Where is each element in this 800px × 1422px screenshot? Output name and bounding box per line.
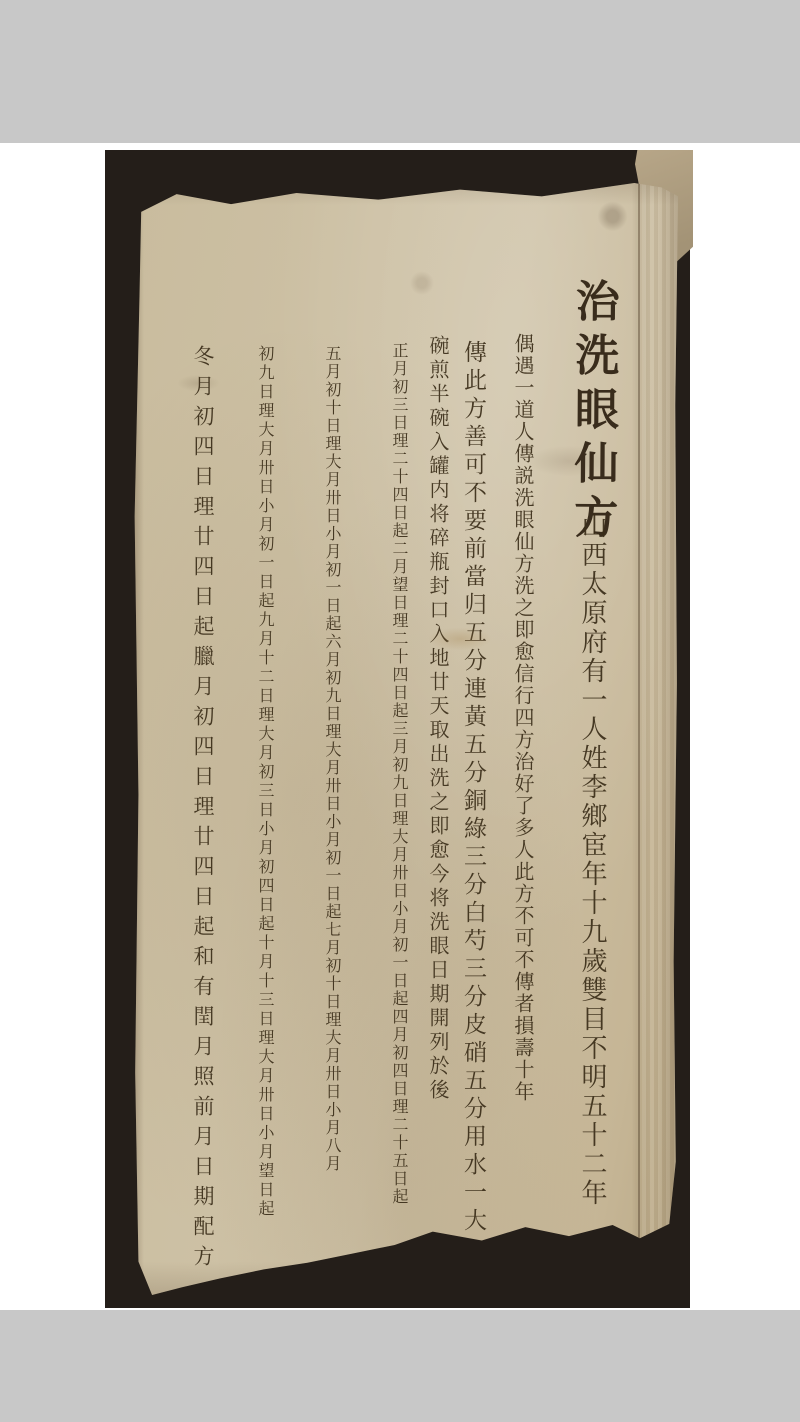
manuscript-title-column: 治洗眼仙方	[559, 278, 625, 548]
letterbox-bottom	[0, 1310, 800, 1422]
letterbox-top	[0, 0, 800, 143]
text-column-method: 碗煎半碗入罐内将碎瓶封口入地廿天取出洗之即愈今将洗眼日期開列於後	[424, 335, 453, 1103]
text-column-schedule-months-11-12: 冬月初四日理廿四日起臘月初四日理廿四日起和有閏月照前月日期配方	[188, 345, 218, 1275]
photo-area: 治洗眼仙方 山西太原府有一人姓李鄉宦年十九歲雙目不明五十二年 偶遇一道人傳説洗眼…	[105, 150, 690, 1308]
text-column-ingredients: 傳此方善可不要前當归五分連黃五分銅綠三分白芍三分皮硝五分用水一大	[457, 340, 490, 1236]
text-column-origin-story: 偶遇一道人傳説洗眼仙方洗之即愈信行四方治好了多人此方不可不傳者損壽十年	[509, 333, 538, 1103]
text-column-schedule-months-5-8: 五月初十日理大月卅日小月初一日起六月初九日理大月卅日小月初一日起七月初十日理大月…	[321, 345, 344, 1173]
page-fold-crease	[638, 183, 640, 1295]
text-column-schedule-months-8-10: 初九日理大月卅日小月初一日起九月十二日理大月初三日小月初四日起十月十三日理大月卅…	[254, 345, 277, 1219]
text-column-schedule-months-1-4: 正月初三日理二十四日起二月望日理二十四日起三月初九日理大月卅日小月初一日起四月初…	[388, 342, 411, 1206]
page-edge-texture	[642, 183, 678, 1295]
manuscript-page: 治洗眼仙方 山西太原府有一人姓李鄉宦年十九歲雙目不明五十二年 偶遇一道人傳説洗眼…	[133, 183, 678, 1295]
text-column-title-continuation: 山西太原府有一人姓李鄉宦年十九歲雙目不明五十二年	[574, 512, 611, 1208]
